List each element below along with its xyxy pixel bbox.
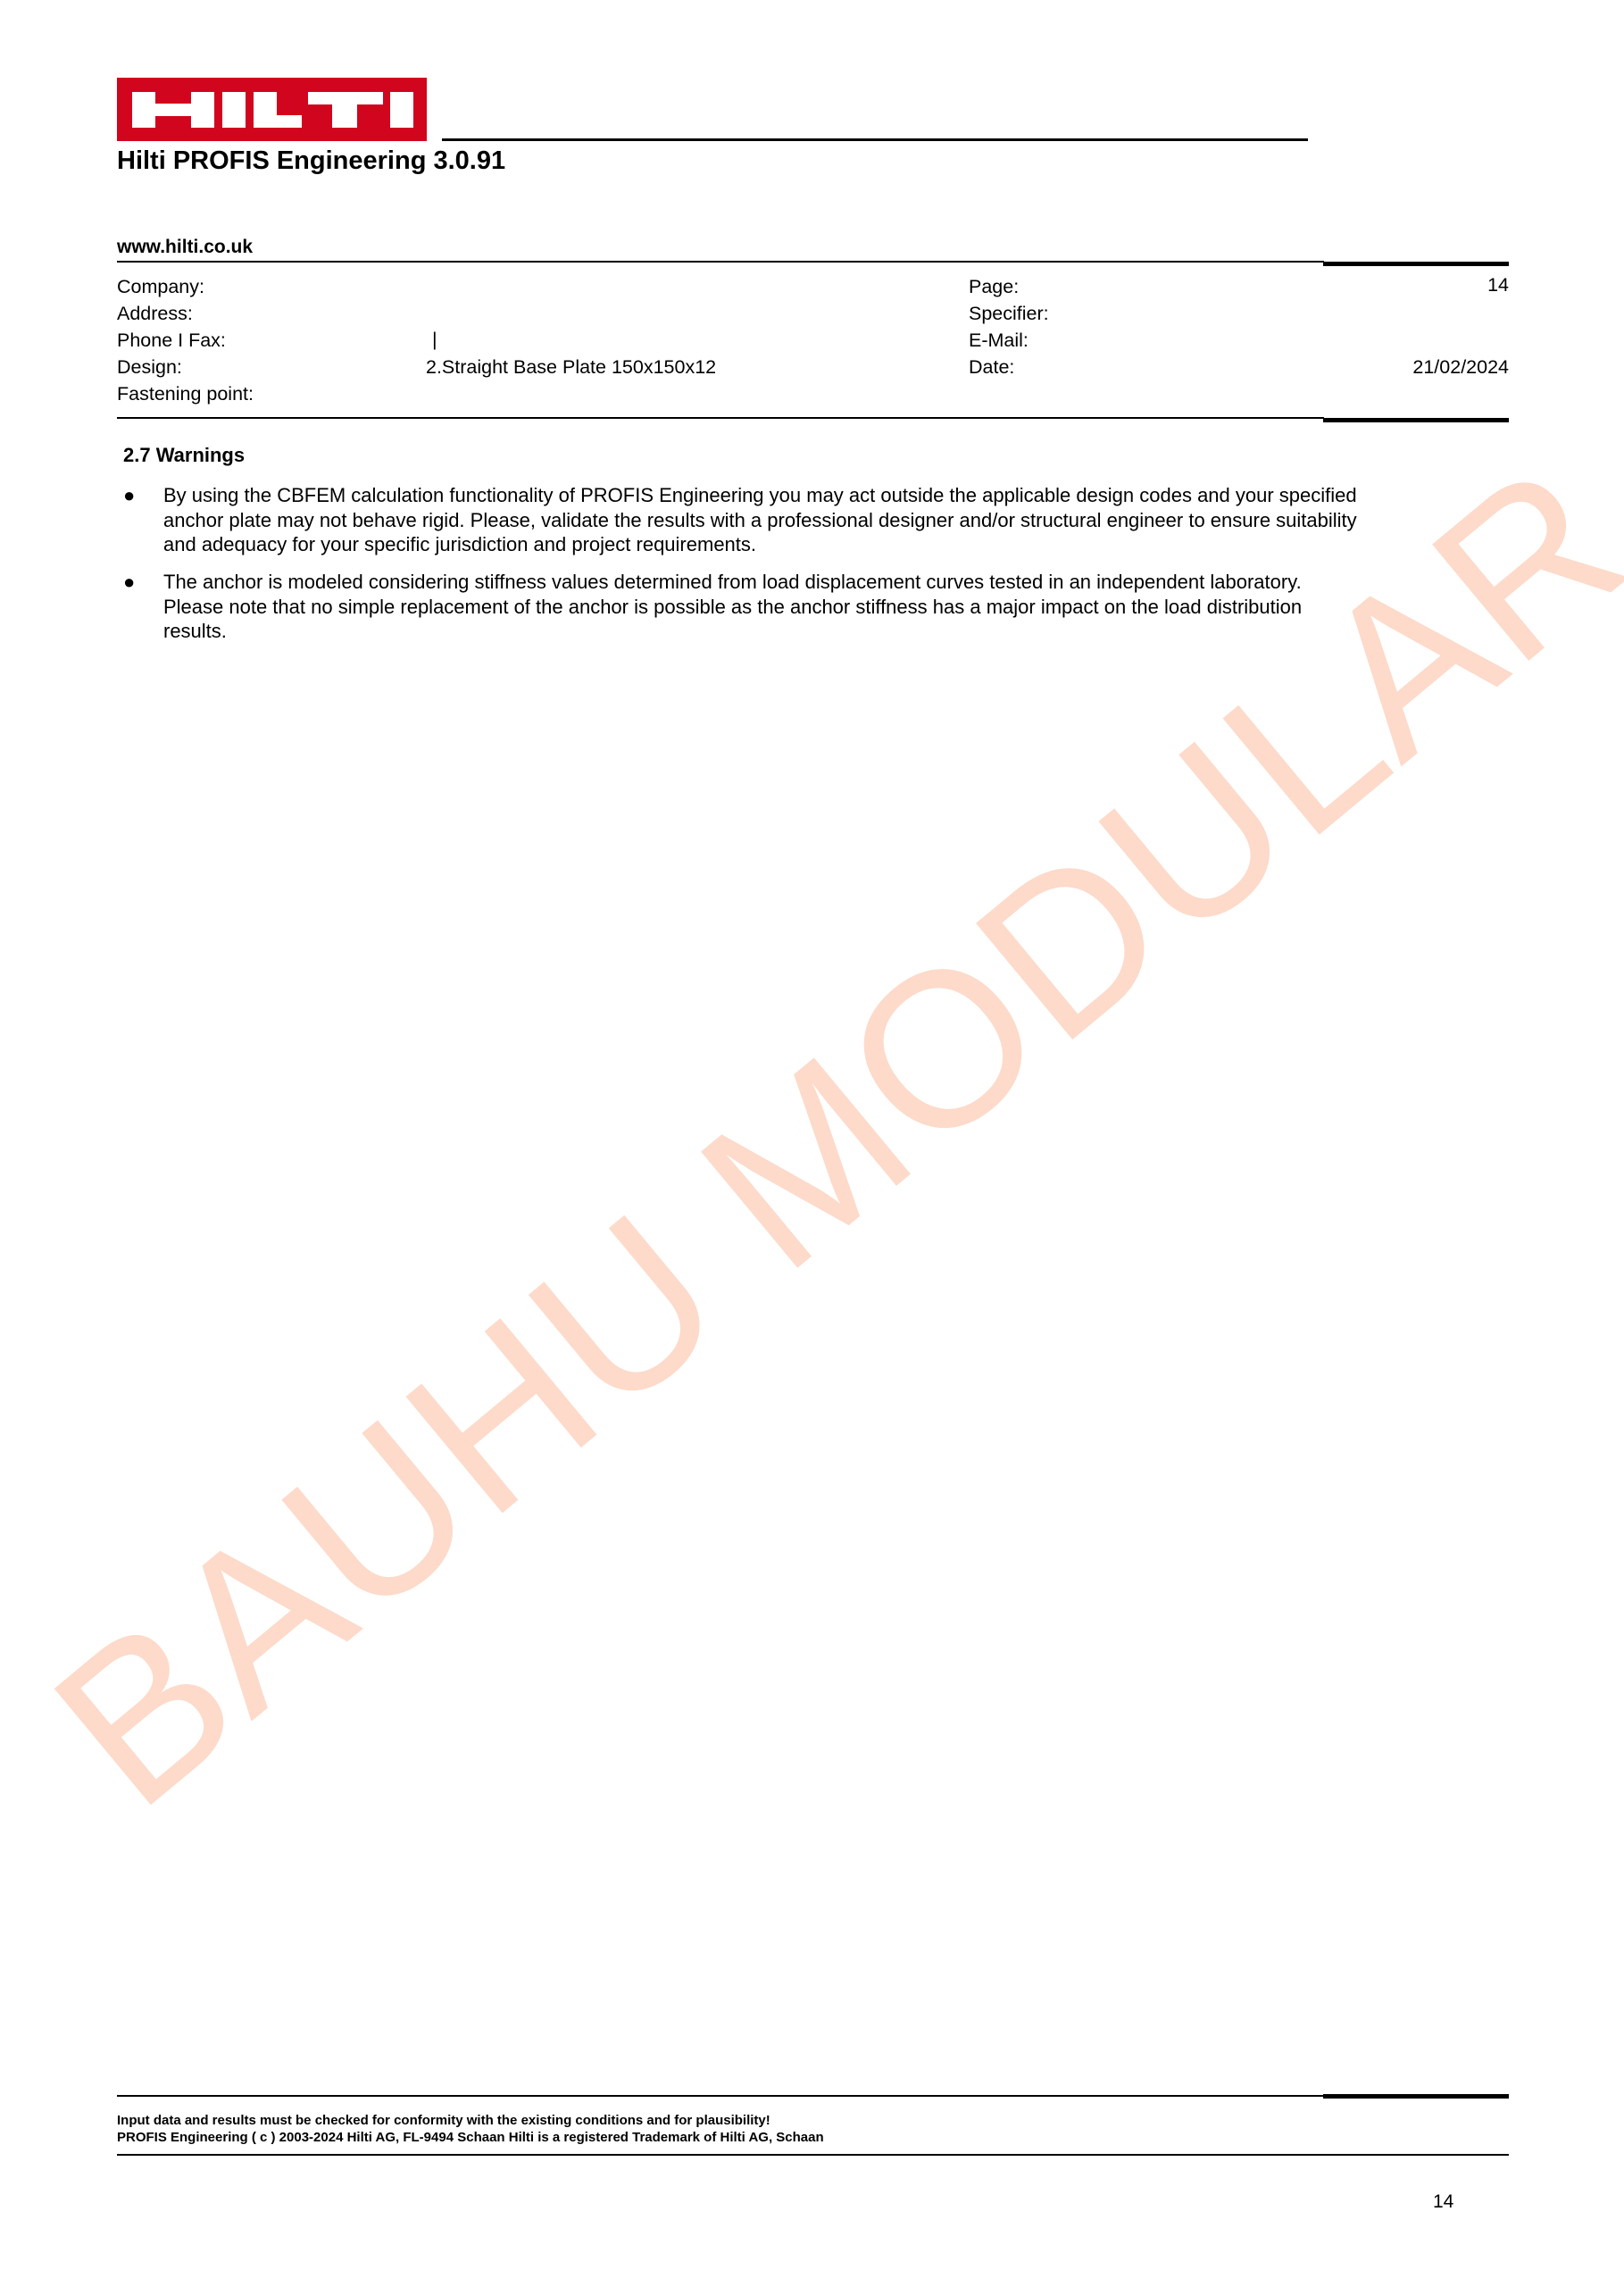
hilti-logo-icon [117, 78, 427, 141]
design-value: 2.Straight Base Plate 150x150x12 [426, 358, 716, 378]
footer-disclaimer: Input data and results must be checked f… [117, 2113, 770, 2128]
warning-line: Please note that no simple replacement o… [163, 595, 1520, 620]
warning-line: anchor plate may not behave rigid. Pleas… [163, 508, 1520, 533]
info-top-rule-thick [1323, 262, 1509, 266]
hilti-logo [117, 78, 427, 141]
email-label: E-Mail: [969, 331, 1029, 351]
warning-line: and adequacy for your specific jurisdict… [163, 532, 1520, 557]
warning-line: By using the CBFEM calculation functiona… [163, 483, 1520, 508]
page-label: Page: [969, 278, 1019, 297]
date-value: 21/02/2024 [1412, 358, 1509, 378]
page-value: 14 [1487, 276, 1509, 296]
phone-fax-value: | [432, 330, 437, 350]
footer-copyright: PROFIS Engineering ( c ) 2003-2024 Hilti… [117, 2130, 824, 2145]
footer-top-rule [117, 2095, 1324, 2097]
footer-top-rule-thick [1323, 2094, 1509, 2099]
app-title: Hilti PROFIS Engineering 3.0.91 [117, 146, 505, 176]
watermark: BAUHU MODULAR [134, 566, 1624, 1982]
info-top-rule [117, 261, 1324, 263]
section-title: 2.7 Warnings [123, 444, 245, 467]
info-bottom-rule-thick [1323, 418, 1509, 422]
date-label: Date: [969, 358, 1014, 378]
warning-item: The anchor is modeled considering stiffn… [163, 570, 1520, 644]
fastening-point-label: Fastening point: [117, 385, 254, 405]
header-rule [442, 138, 1308, 141]
info-bottom-rule [117, 417, 1324, 419]
warning-line: The anchor is modeled considering stiffn… [163, 570, 1520, 595]
footer-bottom-rule [117, 2154, 1509, 2156]
bullet-icon: ● [123, 483, 135, 508]
address-label: Address: [117, 305, 193, 324]
warning-line: results. [163, 619, 1520, 644]
bullet-icon: ● [123, 570, 135, 595]
design-label: Design: [117, 358, 182, 378]
warning-item: By using the CBFEM calculation functiona… [163, 483, 1520, 557]
page-number: 14 [1433, 2191, 1453, 2213]
phone-fax-label: Phone I Fax: [117, 331, 226, 351]
specifier-label: Specifier: [969, 305, 1049, 324]
company-label: Company: [117, 278, 204, 297]
website-link[interactable]: www.hilti.co.uk [117, 237, 253, 258]
